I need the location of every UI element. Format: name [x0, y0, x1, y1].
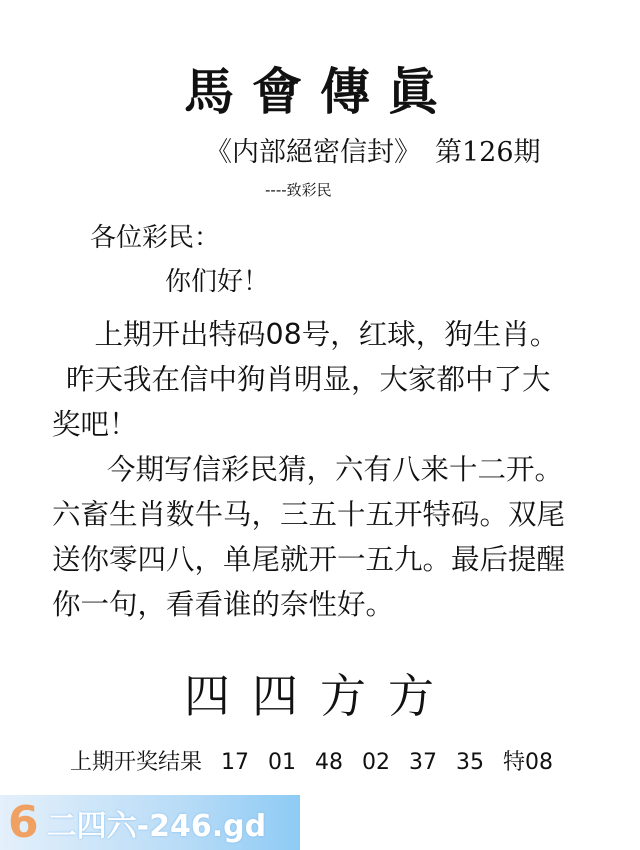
letter-line: 今期写信彩民猜，六有八来十二开。: [50, 447, 572, 492]
result-number: 17: [221, 750, 249, 775]
greeting: 你们好！: [165, 262, 269, 302]
watermark-banner: 6 二四六-246.gd: [0, 795, 300, 850]
letter-body: 上期开出特码08号，红球，狗生肖。 昨天我在信中狗肖明显，大家都中了大 奖吧！ …: [52, 312, 572, 627]
letter-line: 上期开出特码08号，红球，狗生肖。: [52, 312, 572, 357]
riddle-text: 四四方方: [0, 668, 640, 724]
subtitle: 《内部絕密信封》第126期: [205, 135, 541, 171]
letter-line: 你一句，看看谁的奈性好。: [52, 582, 572, 627]
issue-number: 第126期: [435, 137, 541, 168]
result-special: 特08: [503, 750, 553, 775]
letter-line: 送你零四八，单尾就开一五九。最后提醒: [52, 537, 572, 582]
salutation: 各位彩民：: [90, 218, 220, 258]
result-number: 02: [362, 750, 390, 775]
letter-line: 六畜生肖数牛马，三五十五开特码。双尾: [52, 492, 572, 537]
page-title: 馬會傳眞: [0, 62, 640, 122]
result-number: 01: [268, 750, 296, 775]
letter-line: 奖吧！: [52, 402, 572, 447]
letter-line: 昨天我在信中狗肖明显，大家都中了大: [52, 357, 572, 402]
last-result: 上期开奖结果 17 01 48 02 37 35 特08: [70, 748, 565, 778]
subtitle-label: 《内部絕密信封》: [205, 137, 421, 168]
result-label: 上期开奖结果: [70, 750, 202, 775]
result-number: 48: [315, 750, 343, 775]
watermark-text: 二四六-246.gd: [47, 801, 266, 845]
logo-six-icon: 6: [8, 797, 39, 848]
result-number: 37: [409, 750, 437, 775]
result-number: 35: [456, 750, 484, 775]
signature: ----致彩民: [265, 180, 332, 200]
